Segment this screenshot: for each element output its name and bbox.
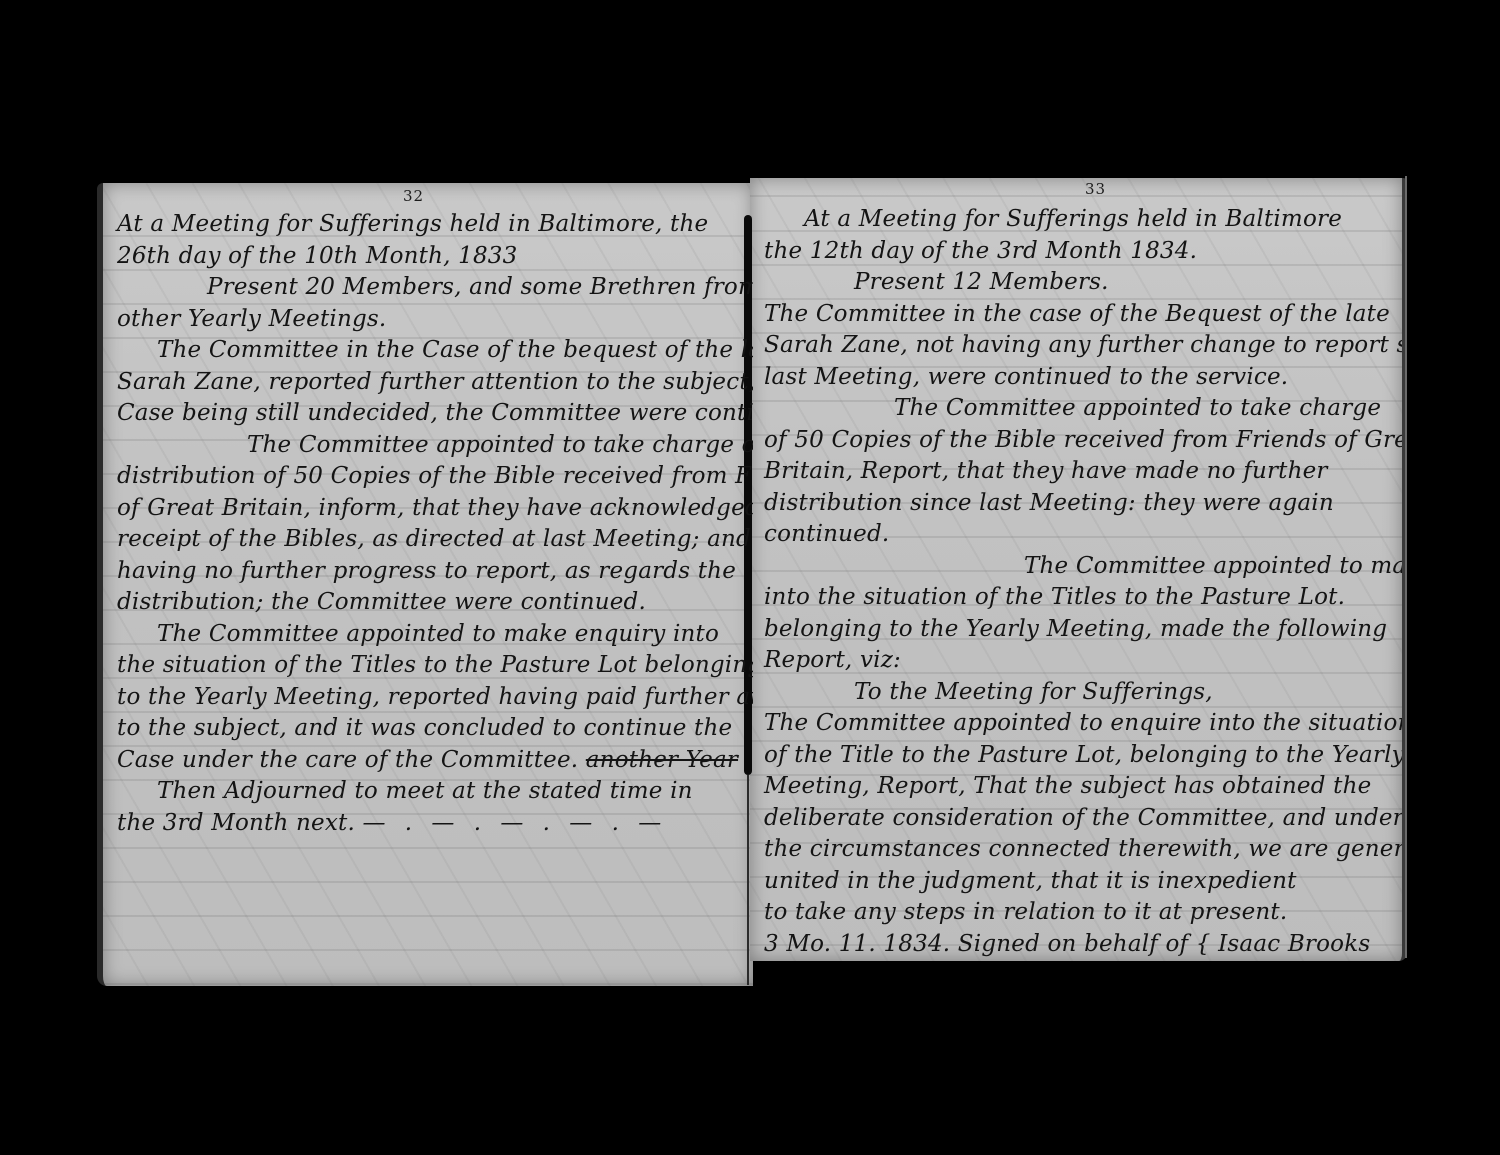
line-text: distribution; the Committee were continu… bbox=[117, 589, 646, 615]
manuscript-line: having no further progress to report, as… bbox=[117, 556, 745, 588]
line-text: the 3rd Month next. bbox=[117, 810, 355, 836]
line-text: The Committee appointed to enquire into … bbox=[764, 710, 1407, 736]
line-text: the circumstances connected therewith, w… bbox=[764, 836, 1407, 862]
manuscript-line: To the Meeting for Sufferings, bbox=[764, 677, 1394, 709]
manuscript-line: the 12th day of the 3rd Month 1834. bbox=[764, 236, 1394, 268]
manuscript-line: Sarah Zane, reported further attention t… bbox=[117, 367, 745, 399]
right-page: 33 At a Meeting for Sufferings held in B… bbox=[750, 178, 1407, 961]
line-text: At a Meeting for Sufferings held in Balt… bbox=[804, 206, 1342, 232]
line-text: to the subject, and it was concluded to … bbox=[117, 715, 732, 741]
manuscript-line: The Committee appointed to take charge o… bbox=[117, 430, 745, 462]
manuscript-line: the Committee { Hugh Balderston bbox=[764, 960, 1394, 961]
line-text: The Committee in the case of the Bequest… bbox=[764, 301, 1390, 327]
manuscript-line: Meeting, Report, That the subject has ob… bbox=[764, 771, 1394, 803]
manuscript-line: Present 12 Members. bbox=[764, 267, 1394, 299]
line-text: to the Yearly Meeting, reported having p… bbox=[117, 684, 753, 710]
line-text: Then Adjourned to meet at the stated tim… bbox=[157, 778, 693, 804]
manuscript-line: Sarah Zane, not having any further chang… bbox=[764, 330, 1394, 362]
line-text: into the situation of the Titles to the … bbox=[764, 584, 1345, 610]
manuscript-line: Then Adjourned to meet at the stated tim… bbox=[117, 776, 745, 808]
manuscript-line: Case being still undecided, the Committe… bbox=[117, 398, 745, 430]
manuscript-line: belonging to the Yearly Meeting, made th… bbox=[764, 614, 1394, 646]
manuscript-line: to the subject, and it was concluded to … bbox=[117, 713, 745, 745]
line-text: Sarah Zane, reported further attention t… bbox=[117, 369, 753, 395]
manuscript-line: distribution of 50 Copies of the Bible r… bbox=[117, 461, 745, 493]
manuscript-line: At a Meeting for Sufferings held in Balt… bbox=[764, 204, 1394, 236]
line-text: The Committee in the Case of the bequest… bbox=[157, 337, 753, 363]
struck-text: another Year bbox=[586, 747, 738, 773]
line-text: Present 12 Members. bbox=[854, 269, 1109, 295]
line-text: Present 20 Members, and some Brethren fr… bbox=[207, 274, 753, 300]
manuscript-line: The Committee appointed to make enquiry … bbox=[117, 619, 745, 651]
line-filler: — . — . — . — . — bbox=[362, 810, 667, 836]
line-text: receipt of the Bibles, as directed at la… bbox=[117, 526, 751, 552]
line-text: Case being still undecided, the Committe… bbox=[117, 400, 753, 426]
book-gutter-line bbox=[747, 775, 749, 985]
line-text: The Committee appointed to make enquiry bbox=[1024, 553, 1407, 579]
manuscript-line: The Committee appointed to take charge bbox=[764, 393, 1394, 425]
manuscript-line: Report, viz: bbox=[764, 645, 1394, 677]
page-number: 33 bbox=[1085, 180, 1106, 198]
line-text: belonging to the Yearly Meeting, made th… bbox=[764, 616, 1387, 642]
manuscript-line: At a Meeting for Sufferings held in Balt… bbox=[117, 209, 745, 241]
right-page-text: At a Meeting for Sufferings held in Balt… bbox=[764, 204, 1394, 961]
manuscript-line: last Meeting, were continued to the serv… bbox=[764, 362, 1394, 394]
manuscript-line: Britain, Report, that they have made no … bbox=[764, 456, 1394, 488]
manuscript-line: The Committee in the case of the Bequest… bbox=[764, 299, 1394, 331]
line-text: of Great Britain, inform, that they have… bbox=[117, 495, 753, 521]
line-text: 3 Mo. 11. 1834. Signed on behalf of { Is… bbox=[764, 931, 1370, 957]
manuscript-line: the 3rd Month next. — . — . — . — . — bbox=[117, 808, 745, 840]
line-text: of the Title to the Pasture Lot, belongi… bbox=[764, 742, 1405, 768]
left-page: 32 At a Meeting for Sufferings held in B… bbox=[97, 183, 753, 986]
line-text: 26th day of the 10th Month, 1833 bbox=[117, 243, 517, 269]
line-text: united in the judgment, that it is inexp… bbox=[764, 868, 1297, 894]
line-text: to take any steps in relation to it at p… bbox=[764, 899, 1287, 925]
manuscript-line: receipt of the Bibles, as directed at la… bbox=[117, 524, 745, 556]
line-text: Case under the care of the Committee. bbox=[117, 747, 578, 773]
line-text: distribution since last Meeting: they we… bbox=[764, 490, 1334, 516]
line-text: distribution of 50 Copies of the Bible r… bbox=[117, 463, 753, 489]
line-text: The Committee appointed to take charge bbox=[894, 395, 1381, 421]
manuscript-line: to take any steps in relation to it at p… bbox=[764, 897, 1394, 929]
line-text: The Committee appointed to make enquiry … bbox=[157, 621, 719, 647]
line-text: The Committee appointed to take charge o… bbox=[247, 432, 753, 458]
manuscript-line: Case under the care of the Committee. an… bbox=[117, 745, 745, 777]
manuscript-line: The Committee appointed to enquire into … bbox=[764, 708, 1394, 740]
manuscript-line: other Yearly Meetings. bbox=[117, 304, 745, 336]
scan-viewer: 32 At a Meeting for Sufferings held in B… bbox=[0, 0, 1500, 1155]
line-text: Report, viz: bbox=[764, 647, 901, 673]
manuscript-line: united in the judgment, that it is inexp… bbox=[764, 866, 1394, 898]
line-text: Britain, Report, that they have made no … bbox=[764, 458, 1328, 484]
manuscript-line: of 50 Copies of the Bible received from … bbox=[764, 425, 1394, 457]
manuscript-line: distribution; the Committee were continu… bbox=[117, 587, 745, 619]
line-text: Meeting, Report, That the subject has ob… bbox=[764, 773, 1371, 799]
line-text: Sarah Zane, not having any further chang… bbox=[764, 332, 1407, 358]
manuscript-line: Present 20 Members, and some Brethren fr… bbox=[117, 272, 745, 304]
manuscript-line: into the situation of the Titles to the … bbox=[764, 582, 1394, 614]
line-text: At a Meeting for Sufferings held in Balt… bbox=[117, 211, 708, 237]
line-text: of 50 Copies of the Bible received from … bbox=[764, 427, 1407, 453]
manuscript-line: to the Yearly Meeting, reported having p… bbox=[117, 682, 745, 714]
manuscript-line: of Great Britain, inform, that they have… bbox=[117, 493, 745, 525]
manuscript-line: continued. bbox=[764, 519, 1394, 551]
manuscript-line: deliberate consideration of the Committe… bbox=[764, 803, 1394, 835]
line-text: To the Meeting for Sufferings, bbox=[854, 679, 1213, 705]
manuscript-line: of the Title to the Pasture Lot, belongi… bbox=[764, 740, 1394, 772]
line-text: deliberate consideration of the Committe… bbox=[764, 805, 1404, 831]
manuscript-line: distribution since last Meeting: they we… bbox=[764, 488, 1394, 520]
page-number: 32 bbox=[403, 187, 424, 205]
manuscript-line: the situation of the Titles to the Pastu… bbox=[117, 650, 745, 682]
line-text: continued. bbox=[764, 521, 889, 547]
line-text: the situation of the Titles to the Pastu… bbox=[117, 652, 753, 678]
page-edge bbox=[1405, 176, 1407, 958]
left-page-text: At a Meeting for Sufferings held in Balt… bbox=[117, 209, 745, 839]
manuscript-line: the circumstances connected therewith, w… bbox=[764, 834, 1394, 866]
line-text: having no further progress to report, as… bbox=[117, 558, 736, 584]
manuscript-line: 3 Mo. 11. 1834. Signed on behalf of { Is… bbox=[764, 929, 1394, 961]
manuscript-line: The Committee appointed to make enquiry bbox=[764, 551, 1394, 583]
manuscript-line: 26th day of the 10th Month, 1833 bbox=[117, 241, 745, 273]
manuscript-line: The Committee in the Case of the bequest… bbox=[117, 335, 745, 367]
line-text: last Meeting, were continued to the serv… bbox=[764, 364, 1288, 390]
line-text: the 12th day of the 3rd Month 1834. bbox=[764, 238, 1197, 264]
line-text: other Yearly Meetings. bbox=[117, 306, 386, 332]
